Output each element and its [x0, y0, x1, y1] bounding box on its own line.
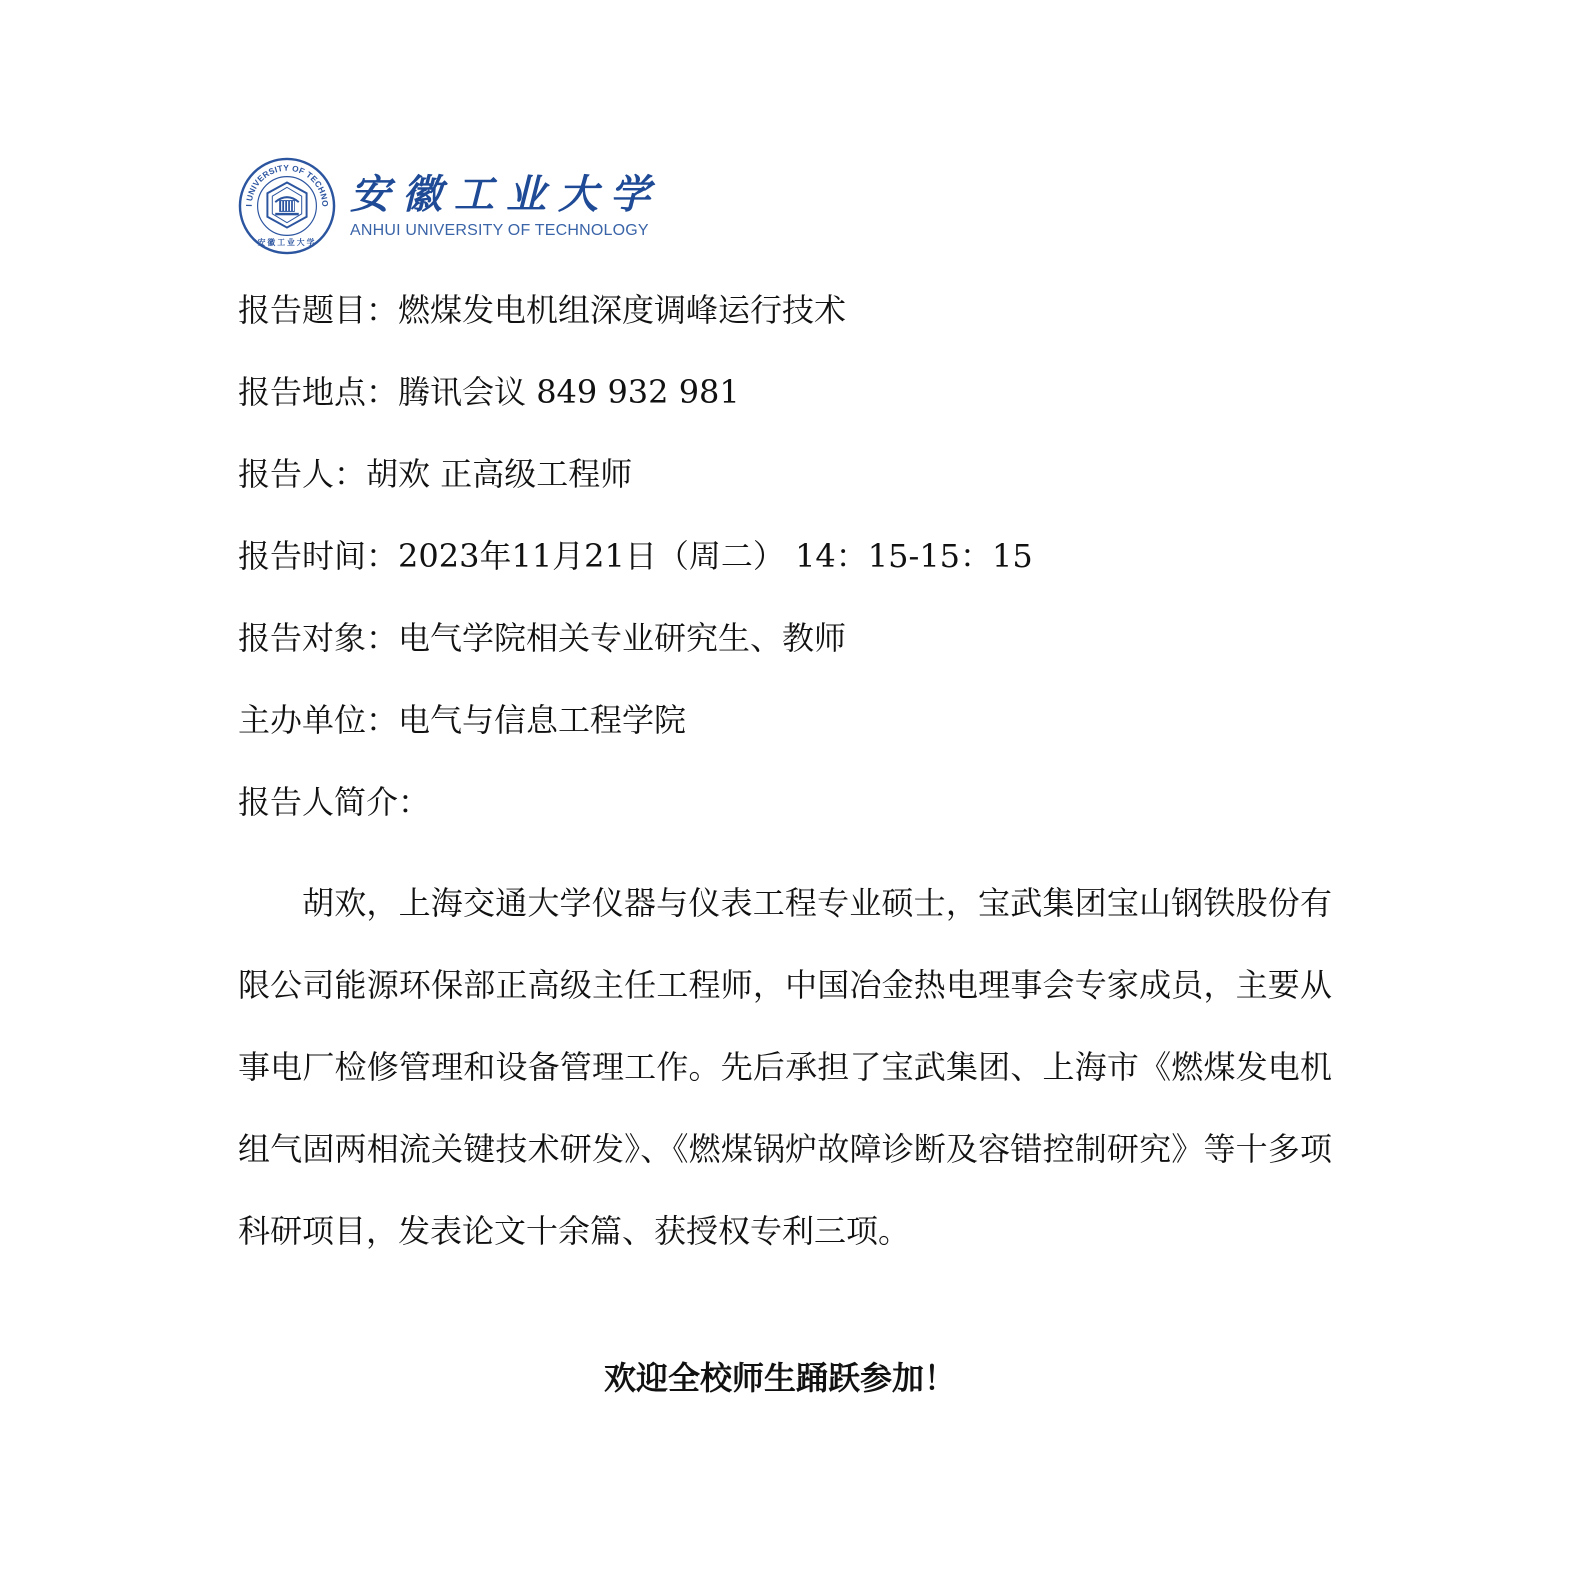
- field-value: 腾讯会议 849 932 981: [398, 373, 740, 411]
- field-label: 报告人简介：: [238, 783, 430, 821]
- field-value: 燃煤发电机组深度调峰运行技术: [398, 291, 846, 329]
- svg-text:安徽工业大学: 安徽工业大学: [258, 237, 317, 247]
- speaker-bio-paragraph: 胡欢，上海交通大学仪器与仪表工程专业硕士，宝武集团宝山钢铁股份有限公司能源环保部…: [238, 862, 1332, 1272]
- university-seal-icon: ANHUI UNIVERSITY OF TECHNOLOGY 安徽工业大学: [238, 157, 336, 255]
- university-logo: ANHUI UNIVERSITY OF TECHNOLOGY 安徽工业大学 安徽…: [238, 158, 662, 254]
- university-name-cn: 安徽工业大学: [350, 172, 662, 218]
- field-speaker-bio-heading: 报告人简介：: [238, 782, 430, 822]
- field-organizer: 主办单位：电气与信息工程学院: [238, 700, 686, 740]
- field-value: 电气学院相关专业研究生、教师: [398, 619, 846, 657]
- document-page: ANHUI UNIVERSITY OF TECHNOLOGY 安徽工业大学 安徽…: [0, 0, 1587, 1572]
- field-label: 主办单位：: [238, 701, 398, 739]
- field-speaker: 报告人：胡欢 正高级工程师: [238, 454, 632, 494]
- field-label: 报告地点：: [238, 373, 398, 411]
- closing-welcome: 欢迎全校师生踊跃参加！: [0, 1358, 1560, 1398]
- field-value: 2023年11月21日（周二） 14：15-15：15: [398, 537, 1033, 575]
- field-value: 胡欢 正高级工程师: [366, 455, 632, 493]
- field-label: 报告对象：: [238, 619, 398, 657]
- university-name-en: ANHUI UNIVERSITY OF TECHNOLOGY: [350, 222, 662, 240]
- field-audience: 报告对象：电气学院相关专业研究生、教师: [238, 618, 846, 658]
- field-report-title: 报告题目：燃煤发电机组深度调峰运行技术: [238, 290, 846, 330]
- field-report-time: 报告时间：2023年11月21日（周二） 14：15-15：15: [238, 536, 1033, 576]
- field-label: 报告人：: [238, 455, 366, 493]
- field-value: 电气与信息工程学院: [398, 701, 686, 739]
- field-label: 报告题目：: [238, 291, 398, 329]
- field-label: 报告时间：: [238, 537, 398, 575]
- field-report-location: 报告地点：腾讯会议 849 932 981: [238, 372, 740, 412]
